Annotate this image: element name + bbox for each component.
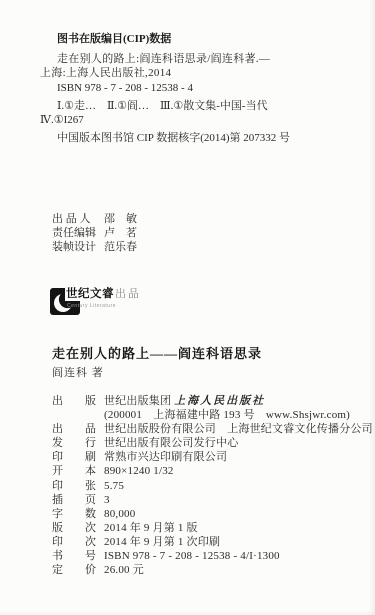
staff-role: 出 品 人 xyxy=(52,212,104,226)
colophon-row: 印 次2014 年 9 月第 1 次印刷 xyxy=(52,535,365,549)
cip-isbn: ISBN 978 - 7 - 208 - 12538 - 4 xyxy=(57,81,193,95)
colophon-row: (200001 上海福建中路 193 号 www.Shsjwr.com) xyxy=(52,408,365,422)
cip-classification-line1: Ⅰ.①走… Ⅱ.①阎… Ⅲ.①散文集-中国-当代 xyxy=(57,99,268,113)
colophon-value: 世纪出版股份有限公司 上海世纪文睿文化传播分公司 xyxy=(104,423,373,435)
colophon-value: 26.00 元 xyxy=(104,564,144,576)
colophon-value: 世纪出版集团 xyxy=(104,395,174,407)
colophon-row: 出 版世纪出版集团 上海人民出版社 xyxy=(52,394,365,408)
cip-classification-line2: Ⅳ.①I267 xyxy=(40,113,84,127)
staff-row: 责任编辑卢 茗 xyxy=(52,226,137,240)
colophon-label: 发 行 xyxy=(52,436,96,450)
colophon-value: 世纪出版有限公司发行中心 xyxy=(104,437,238,449)
staff-row: 出 品 人邵 敏 xyxy=(52,212,137,226)
colophon-row: 印 张5.75 xyxy=(52,479,365,493)
colophon-value: ISBN 978 - 7 - 208 - 12538 - 4/I·1300 xyxy=(104,550,280,562)
staff-name: 邵 敏 xyxy=(104,212,137,226)
colophon-row: 定 价26.00 元 xyxy=(52,563,365,577)
colophon-row: 版 次2014 年 9 月第 1 版 xyxy=(52,521,365,535)
colophon-value: 5.75 xyxy=(104,480,124,492)
staff-role: 装帧设计 xyxy=(52,240,104,254)
staff-name: 卢 茗 xyxy=(104,226,137,240)
colophon-label: 印 张 xyxy=(52,479,96,493)
colophon-row: 开 本890×1240 1/32 xyxy=(52,464,365,478)
colophon-label: 字 数 xyxy=(52,507,96,521)
colophon-value: 80,000 xyxy=(104,508,135,520)
colophon-row: 字 数80,000 xyxy=(52,507,365,521)
brand-subtext: Century Literature xyxy=(67,299,116,313)
publisher-calligraphy: 上海人民出版社 xyxy=(174,394,265,407)
colophon-value: (200001 上海福建中路 193 号 www.Shsjwr.com) xyxy=(104,409,350,421)
colophon-label: 定 价 xyxy=(52,563,96,577)
colophon-value: 2014 年 9 月第 1 次印刷 xyxy=(104,536,220,548)
colophon-row: 书 号ISBN 978 - 7 - 208 - 12538 - 4/I·1300 xyxy=(52,549,365,563)
colophon-label: 版 次 xyxy=(52,521,96,535)
colophon-label: 插 页 xyxy=(52,493,96,507)
colophon-label: 开 本 xyxy=(52,464,96,478)
cip-entry-line2: 上海:上海人民出版社,2014 xyxy=(40,66,171,80)
cip-entry-line1: 走在别人的路上:阎连科语思录/阎连科著.— xyxy=(57,52,270,66)
staff-row: 装帧设计范乐春 xyxy=(52,240,137,254)
copyright-page: 图书在版编目(CIP)数据 走在别人的路上:阎连科语思录/阎连科著.— 上海:上… xyxy=(0,0,375,615)
colophon-label: 出 品 xyxy=(52,422,96,436)
staff-credits: 出 品 人邵 敏责任编辑卢 茗装帧设计范乐春 xyxy=(52,212,137,254)
colophon-value: 2014 年 9 月第 1 版 xyxy=(104,522,198,534)
book-author: 阎连科 著 xyxy=(52,366,104,380)
colophon-rows: 出 版世纪出版集团 上海人民出版社(200001 上海福建中路 193 号 ww… xyxy=(52,394,365,577)
colophon-value: 890×1240 1/32 xyxy=(104,465,174,477)
colophon-label: 印 次 xyxy=(52,535,96,549)
staff-name: 范乐春 xyxy=(104,240,137,254)
imprint-brand: 世纪文睿出品 Century Literature xyxy=(50,287,250,317)
colophon-label: 书 号 xyxy=(52,549,96,563)
brand-suffix: 出品 xyxy=(115,288,141,300)
cip-header: 图书在版编目(CIP)数据 xyxy=(57,32,171,46)
colophon-row: 出 品世纪出版股份有限公司 上海世纪文睿文化传播分公司 xyxy=(52,422,365,436)
staff-role: 责任编辑 xyxy=(52,226,104,240)
colophon-value: 常熟市兴达印刷有限公司 xyxy=(104,451,227,463)
colophon-label: 出 版 xyxy=(52,394,96,408)
cip-record-number: 中国版本图书馆 CIP 数据核字(2014)第 207332 号 xyxy=(57,131,290,145)
colophon-row: 插 页3 xyxy=(52,493,365,507)
book-title: 走在别人的路上——阎连科语思录 xyxy=(52,347,262,361)
colophon-label: 印 刷 xyxy=(52,450,96,464)
colophon-value: 3 xyxy=(104,494,110,506)
colophon-row: 印 刷常熟市兴达印刷有限公司 xyxy=(52,450,365,464)
colophon-row: 发 行世纪出版有限公司发行中心 xyxy=(52,436,365,450)
